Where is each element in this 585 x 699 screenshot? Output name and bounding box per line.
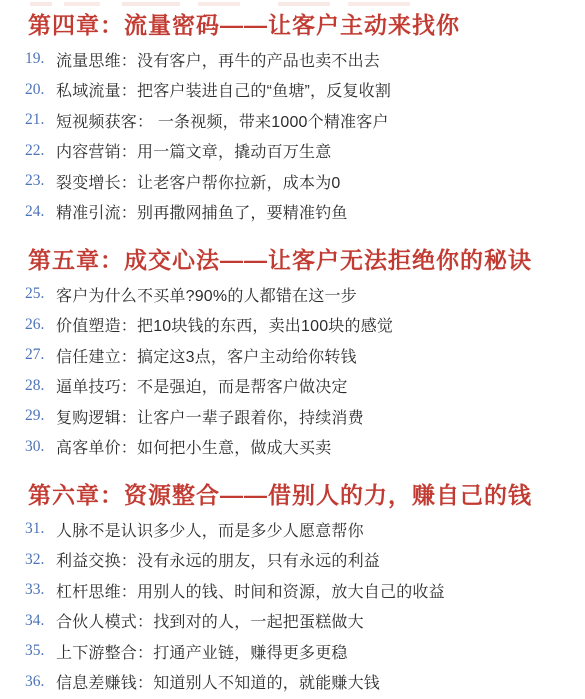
item-number: 30. bbox=[25, 438, 56, 456]
chapter-section: 第六章：资源整合——借别人的力，赚自己的钱 31. 人脉不是认识多少人，而是多少… bbox=[0, 480, 585, 697]
item-text: 上下游整合：打通产业链，赚得更多更稳 bbox=[56, 640, 348, 663]
list-item: 23. 裂变增长：让老客户帮你拉新，成本为0 bbox=[0, 166, 585, 197]
item-text: 私域流量：把客户装进自己的“鱼塘”，反复收割 bbox=[56, 78, 391, 101]
chapter-title: 第五章：成交心法——让客户无法拒绝你的秘诀 bbox=[0, 245, 585, 275]
item-number: 36. bbox=[25, 673, 56, 691]
item-number: 33. bbox=[25, 581, 56, 599]
list-item: 33. 杠杆思维：用别人的钱、时间和资源，放大自己的收益 bbox=[0, 575, 585, 606]
item-text: 人脉不是认识多少人，而是多少人愿意帮你 bbox=[56, 518, 364, 541]
list-item: 25. 客户为什么不买单?90%的人都错在这一步 bbox=[0, 279, 585, 310]
item-text: 精准引流：别再撒网捕鱼了，要精准钓鱼 bbox=[56, 200, 348, 223]
item-number: 34. bbox=[25, 612, 56, 630]
list-item: 28. 逼单技巧：不是强迫，而是帮客户做决定 bbox=[0, 371, 585, 402]
chapter-title: 第四章：流量密码——让客户主动来找你 bbox=[0, 10, 585, 40]
list-item: 21. 短视频获客： 一条视频，带来1000个精准客户 bbox=[0, 105, 585, 136]
item-text: 裂变增长：让老客户帮你拉新，成本为0 bbox=[56, 170, 341, 193]
list-item: 19. 流量思维：没有客户，再牛的产品也卖不出去 bbox=[0, 44, 585, 75]
item-text: 信任建立：搞定这3点，客户主动给你转钱 bbox=[56, 344, 357, 367]
list-item: 27. 信任建立：搞定这3点，客户主动给你转钱 bbox=[0, 340, 585, 371]
item-number: 26. bbox=[25, 316, 56, 334]
item-text: 内容营销：用一篇文章，撬动百万生意 bbox=[56, 139, 331, 162]
list-item: 34. 合伙人模式：找到对的人，一起把蛋糕做大 bbox=[0, 606, 585, 637]
item-text: 利益交换：没有永远的朋友，只有永远的利益 bbox=[56, 548, 380, 571]
item-number: 22. bbox=[25, 142, 56, 160]
list-item: 20. 私域流量：把客户装进自己的“鱼塘”，反复收割 bbox=[0, 75, 585, 106]
item-number: 28. bbox=[25, 377, 56, 395]
item-text: 价值塑造：把10块钱的东西，卖出100块的感觉 bbox=[56, 313, 393, 336]
list-item: 32. 利益交换：没有永远的朋友，只有永远的利益 bbox=[0, 545, 585, 576]
list-item: 36. 信息差赚钱：知道别人不知道的，就能赚大钱 bbox=[0, 667, 585, 698]
list-item: 26. 价值塑造：把10块钱的东西，卖出100块的感觉 bbox=[0, 310, 585, 341]
item-number: 25. bbox=[25, 285, 56, 303]
document-page: 第四章：流量密码——让客户主动来找你 19. 流量思维：没有客户，再牛的产品也卖… bbox=[0, 0, 585, 697]
item-text: 复购逻辑：让客户一辈子跟着你，持续消费 bbox=[56, 405, 364, 428]
item-number: 21. bbox=[25, 111, 56, 129]
chapter-title: 第六章：资源整合——借别人的力，赚自己的钱 bbox=[0, 480, 585, 510]
chapter-items: 31. 人脉不是认识多少人，而是多少人愿意帮你 32. 利益交换：没有永远的朋友… bbox=[0, 514, 585, 697]
item-number: 24. bbox=[25, 203, 56, 221]
list-item: 31. 人脉不是认识多少人，而是多少人愿意帮你 bbox=[0, 514, 585, 545]
list-item: 22. 内容营销：用一篇文章，撬动百万生意 bbox=[0, 136, 585, 167]
item-number: 19. bbox=[25, 50, 56, 68]
item-number: 32. bbox=[25, 551, 56, 569]
item-text: 杠杆思维：用别人的钱、时间和资源，放大自己的收益 bbox=[56, 579, 445, 602]
item-text: 高客单价：如何把小生意，做成大买卖 bbox=[56, 435, 331, 458]
list-item: 35. 上下游整合：打通产业链，赚得更多更稳 bbox=[0, 636, 585, 667]
list-item: 30. 高客单价：如何把小生意，做成大买卖 bbox=[0, 432, 585, 463]
item-number: 27. bbox=[25, 346, 56, 364]
item-text: 流量思维：没有客户，再牛的产品也卖不出去 bbox=[56, 48, 380, 71]
item-text: 短视频获客： 一条视频，带来1000个精准客户 bbox=[56, 109, 389, 132]
item-text: 客户为什么不买单?90%的人都错在这一步 bbox=[56, 283, 357, 306]
chapter-items: 19. 流量思维：没有客户，再牛的产品也卖不出去 20. 私域流量：把客户装进自… bbox=[0, 44, 585, 227]
item-number: 35. bbox=[25, 642, 56, 660]
item-text: 信息差赚钱：知道别人不知道的，就能赚大钱 bbox=[56, 670, 380, 693]
list-item: 29. 复购逻辑：让客户一辈子跟着你，持续消费 bbox=[0, 401, 585, 432]
item-number: 20. bbox=[25, 81, 56, 99]
chapter-section: 第四章：流量密码——让客户主动来找你 19. 流量思维：没有客户，再牛的产品也卖… bbox=[0, 10, 585, 227]
item-number: 31. bbox=[25, 520, 56, 538]
chapter-section: 第五章：成交心法——让客户无法拒绝你的秘诀 25. 客户为什么不买单?90%的人… bbox=[0, 245, 585, 462]
chapter-items: 25. 客户为什么不买单?90%的人都错在这一步 26. 价值塑造：把10块钱的… bbox=[0, 279, 585, 462]
item-text: 逼单技巧：不是强迫，而是帮客户做决定 bbox=[56, 374, 348, 397]
list-item: 24. 精准引流：别再撒网捕鱼了，要精准钓鱼 bbox=[0, 197, 585, 228]
item-number: 29. bbox=[25, 407, 56, 425]
item-number: 23. bbox=[25, 172, 56, 190]
item-text: 合伙人模式：找到对的人，一起把蛋糕做大 bbox=[56, 609, 364, 632]
